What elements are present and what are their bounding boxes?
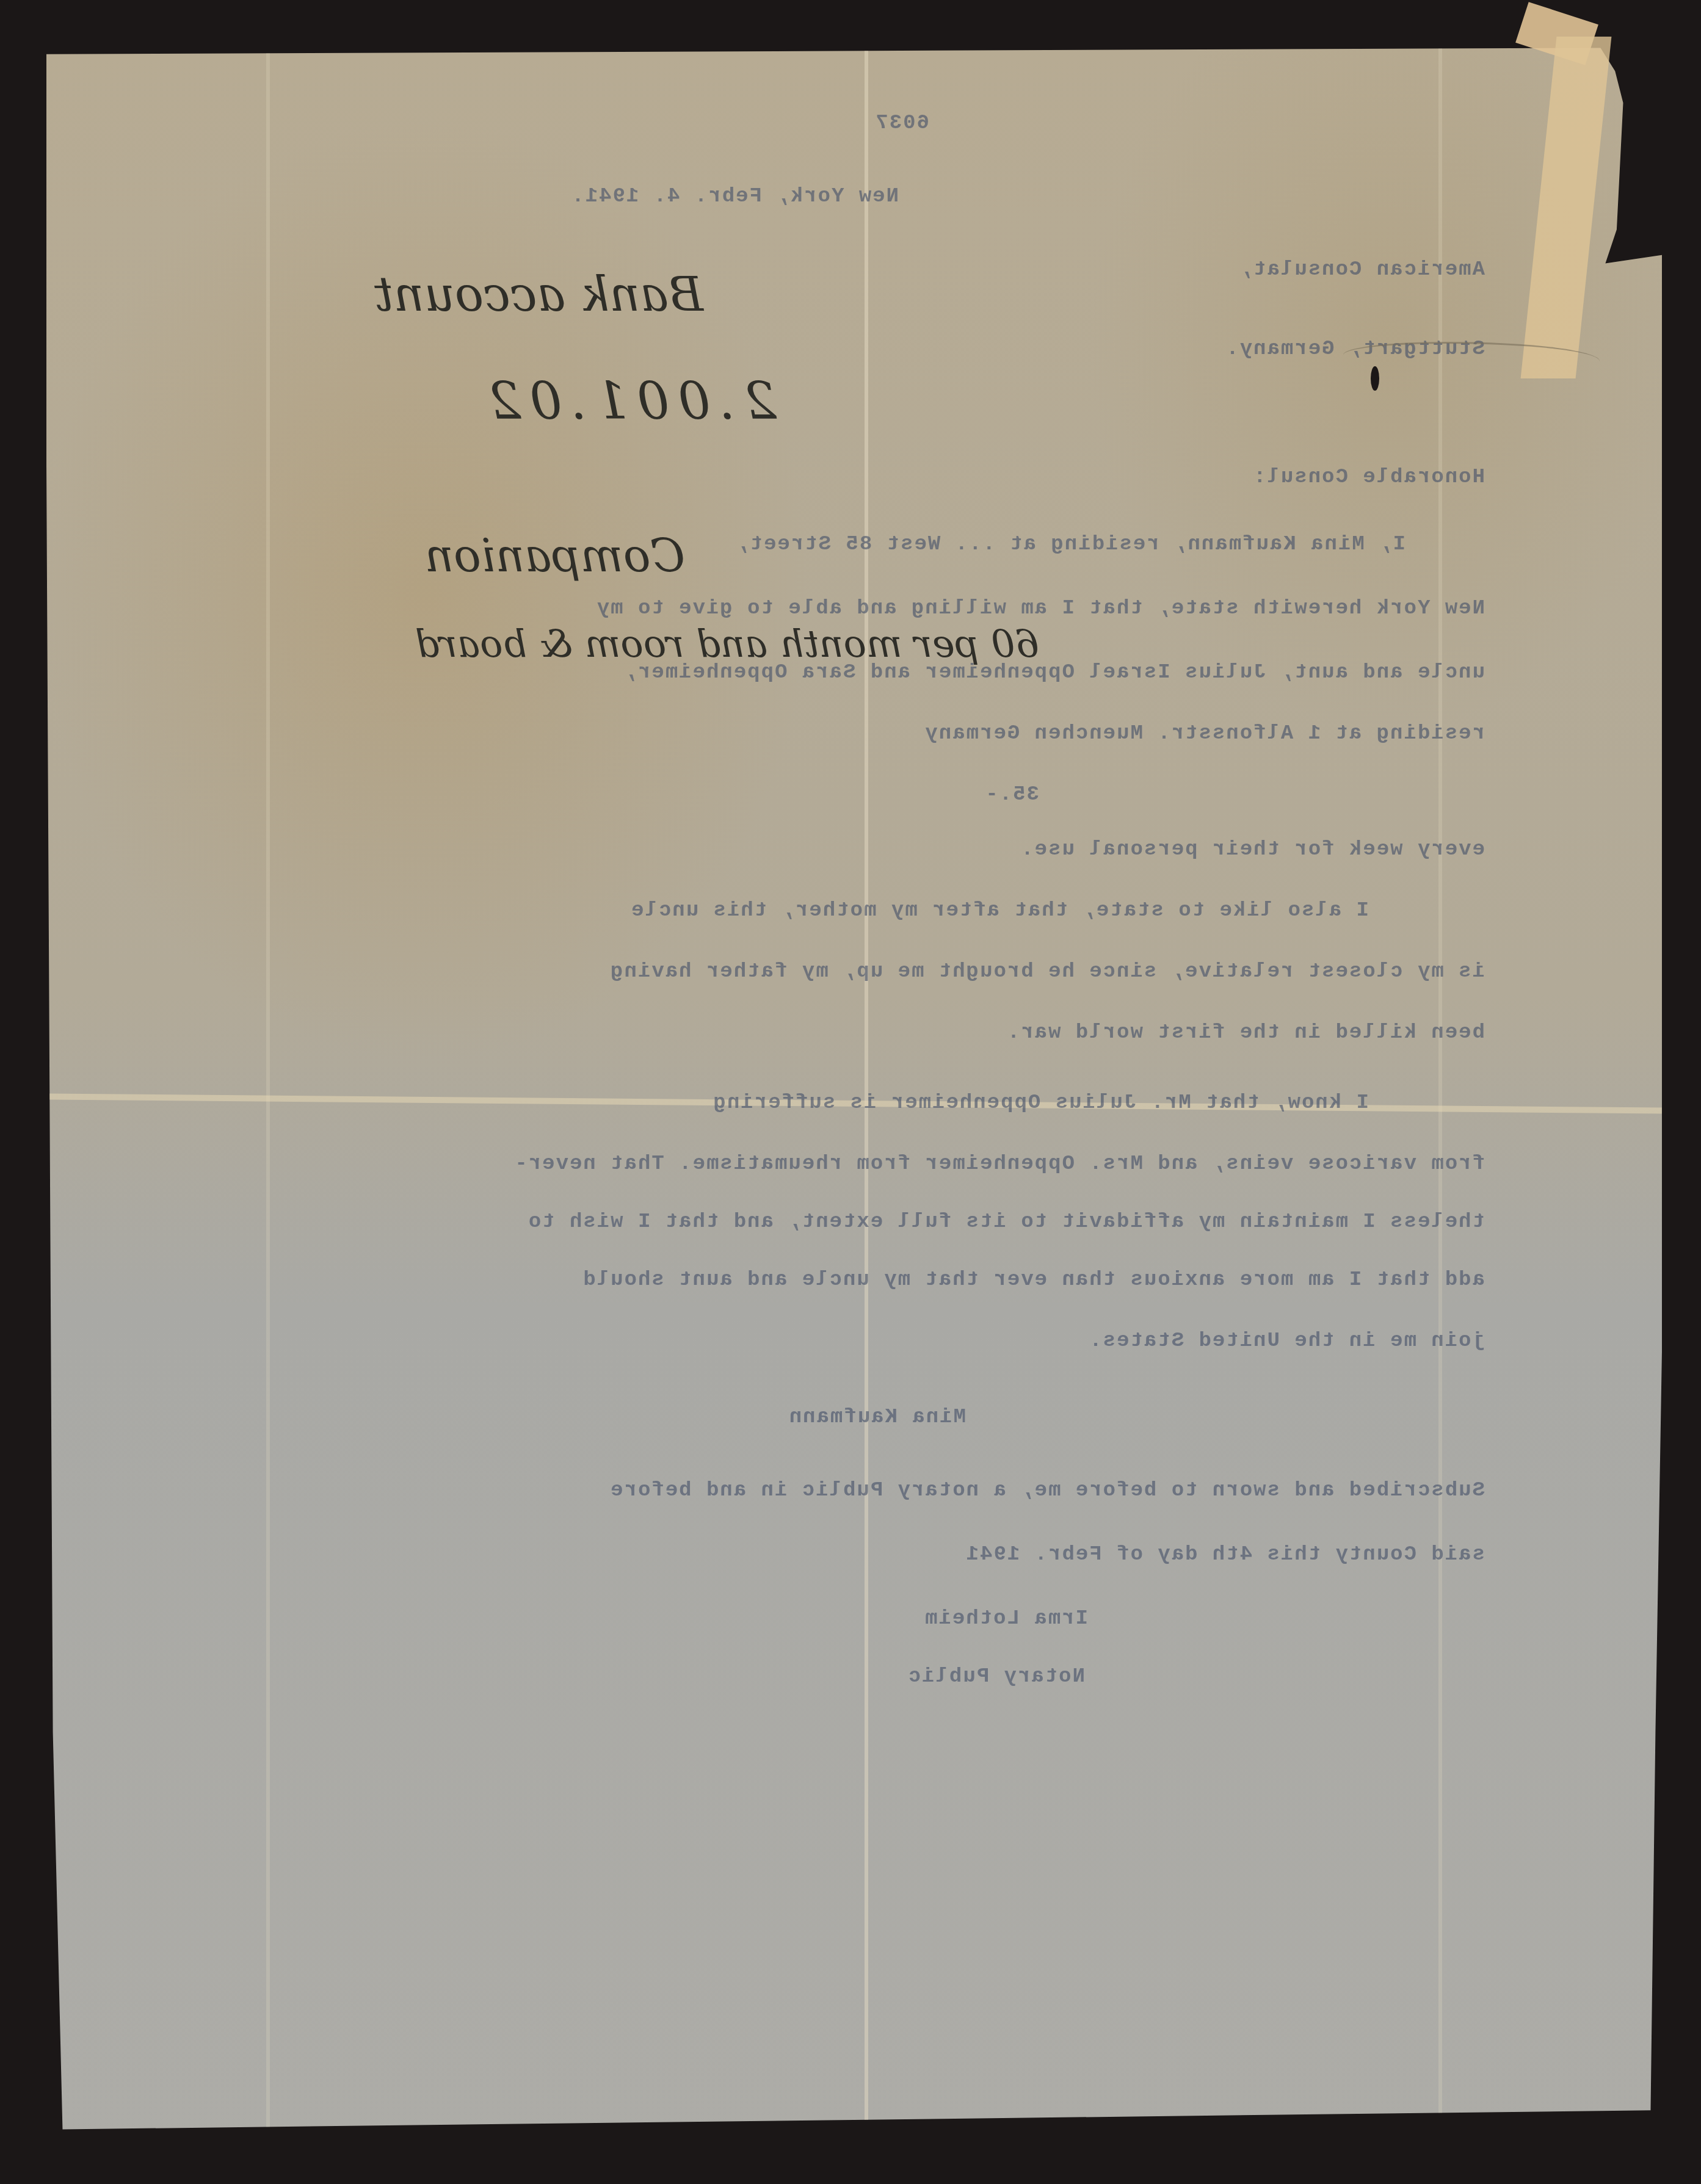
paragraph1-line2: New York herewith state, that I am willi… — [596, 597, 1485, 620]
paragraph1-line4: residing at 1 Alfonsstr. Muenchen German… — [924, 722, 1485, 745]
notary-name: Irma Lotheim — [924, 1607, 1088, 1630]
notary-statement-line1: Subscribed and sworn to before me, a not… — [609, 1479, 1485, 1502]
handwritten-bank-number: 2.001.02 — [480, 371, 777, 431]
paragraph2-line3: been killed in the first world war. — [1006, 1021, 1485, 1044]
paragraph1-line1: I, Mina Kaufmann, residing at ... West 8… — [735, 533, 1405, 556]
paragraph1-end: every week for their personal use. — [1020, 838, 1485, 861]
notary-title: Notary Public — [907, 1665, 1085, 1688]
paragraph3-line1: I know, that Mr. Julius Oppenheimer is s… — [713, 1091, 1369, 1115]
paragraph2-line1: I also like to state, that after my moth… — [630, 899, 1369, 922]
notary-statement-line2: said County this 4th day of Febr. 1941 — [965, 1543, 1485, 1566]
paper-hole — [1371, 366, 1379, 391]
date-line: New York, Febr. 4. 1941. — [570, 185, 899, 208]
paragraph2-line2: is my closest relative, since he brought… — [609, 960, 1485, 983]
paragraph3-line3: theless I maintain my affidavit to its f… — [528, 1210, 1485, 1234]
handwritten-bank-account: Bank account — [374, 267, 703, 322]
handwritten-companion: Companion — [425, 530, 685, 582]
signature: Mina Kaufmann — [788, 1406, 966, 1429]
addressee-line-1: American Consulat, — [1239, 258, 1485, 281]
amount: 35.- — [984, 783, 1039, 806]
paragraph3-line5: join me in the United States. — [1088, 1329, 1485, 1353]
salutation: Honorable Consul: — [1252, 466, 1485, 489]
paragraph3-line4: add that I am more anxious than ever tha… — [582, 1268, 1485, 1292]
handwritten-salary: 60 per month and room & board — [415, 621, 1039, 666]
file-number: 6037 — [874, 112, 929, 135]
paragraph3-line2: from varicose veins, and Mrs. Oppenheime… — [513, 1152, 1485, 1176]
